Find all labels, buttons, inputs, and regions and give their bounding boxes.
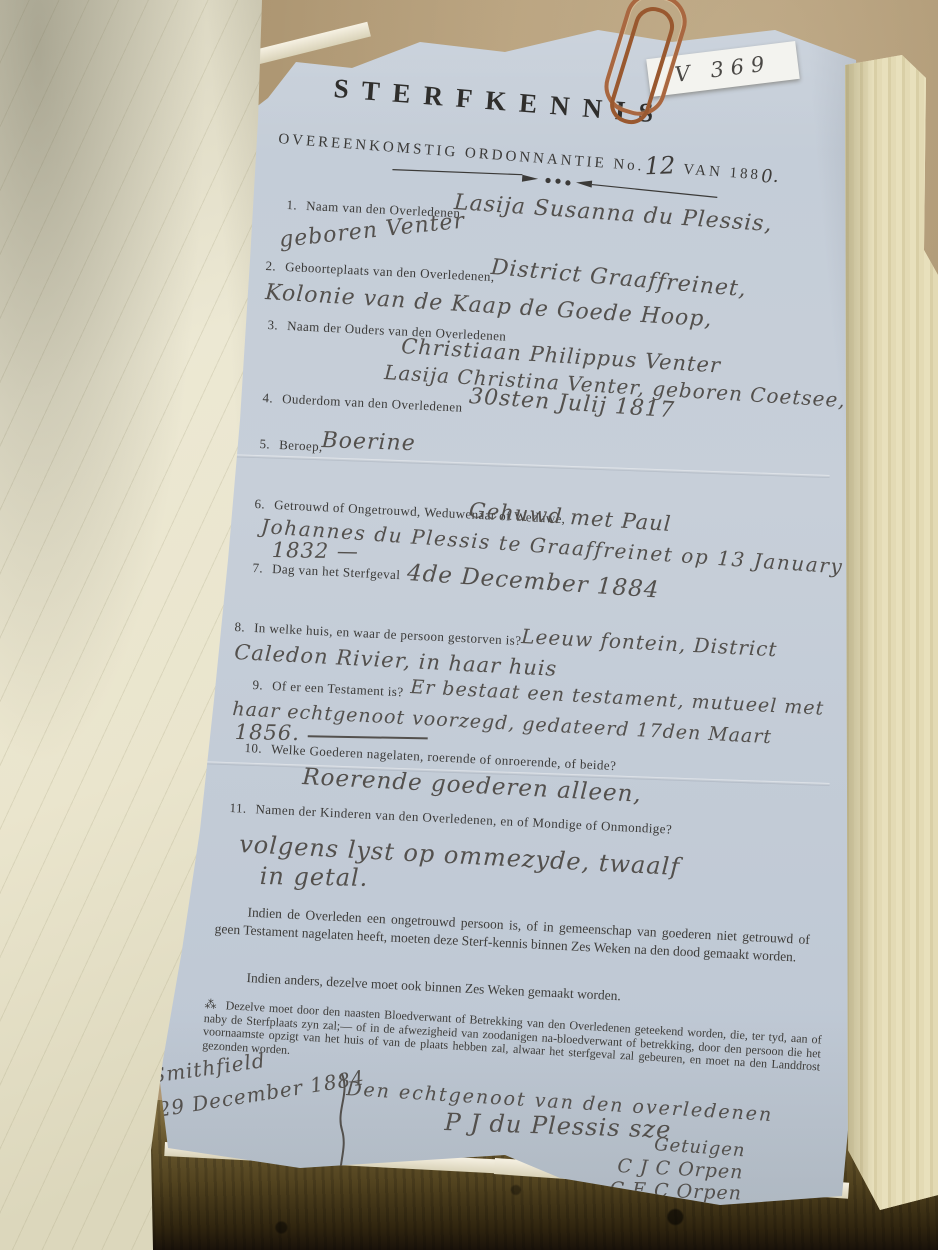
item-1-number: 1.	[286, 197, 297, 212]
photo-of-death-notice: STERFKENNIS OVEREENKOMSTIG ORDONNANTIE N…	[0, 0, 938, 1250]
note-paragraph-3: ⁂Dezelve moet door den naasten Bloedverw…	[202, 998, 822, 1087]
item-3-number: 3.	[267, 317, 278, 332]
item-10-number: 10.	[244, 740, 262, 756]
item-4-printed: 4.Ouderdom van den Overledenen	[262, 390, 463, 416]
asterism-mark: ⁂	[204, 997, 220, 1012]
item-5-printed: 5.Beroep,	[259, 436, 323, 455]
item-2-label: Geboorteplaats van den Overledenen,	[285, 259, 495, 284]
note-paragraph-1: Indien de Overleden een ongetrouwd perso…	[214, 902, 810, 967]
right-page-edges	[840, 50, 938, 1215]
item-7-label: Dag van het Sterfgeval	[272, 561, 401, 582]
torn-edge-backing	[246, 22, 371, 67]
item-2-number: 2.	[265, 258, 276, 273]
item-9-number: 9.	[252, 677, 263, 692]
fold-crease	[170, 452, 830, 478]
archive-label-text: V 369	[673, 51, 772, 87]
pen-underline	[308, 735, 428, 739]
item-9-printed: 9.Of er een Testament is?	[252, 677, 404, 700]
item-5-handwriting-1: Boerine	[321, 428, 416, 456]
item-5-number: 5.	[259, 436, 270, 451]
item-8-number: 8.	[234, 619, 245, 634]
subtitle-hand-year-digit: 0.	[761, 166, 779, 188]
item-7-handwriting-1: 4de December 1884	[406, 560, 660, 604]
footer-place: Smithfield	[150, 1048, 267, 1088]
item-6-number: 6.	[254, 496, 265, 511]
item-4-number: 4.	[262, 390, 273, 405]
item-7-number: 7.	[252, 560, 263, 575]
item-7-printed: 7.Dag van het Sterfgeval	[252, 560, 400, 583]
item-11-label: Namen der Kinderen van den Overledenen, …	[255, 801, 672, 836]
item-9-label: Of er een Testament is?	[272, 678, 404, 699]
item-8-handwriting-1: Leeuw fontein, District	[521, 624, 778, 661]
item-4-label: Ouderdom van den Overledenen	[282, 391, 463, 415]
item-11-number: 11.	[229, 800, 247, 816]
item-5-label: Beroep,	[279, 437, 323, 454]
item-6-handwriting-3: 1832 —	[272, 538, 360, 564]
item-11-handwriting-2: in getal.	[260, 862, 369, 892]
